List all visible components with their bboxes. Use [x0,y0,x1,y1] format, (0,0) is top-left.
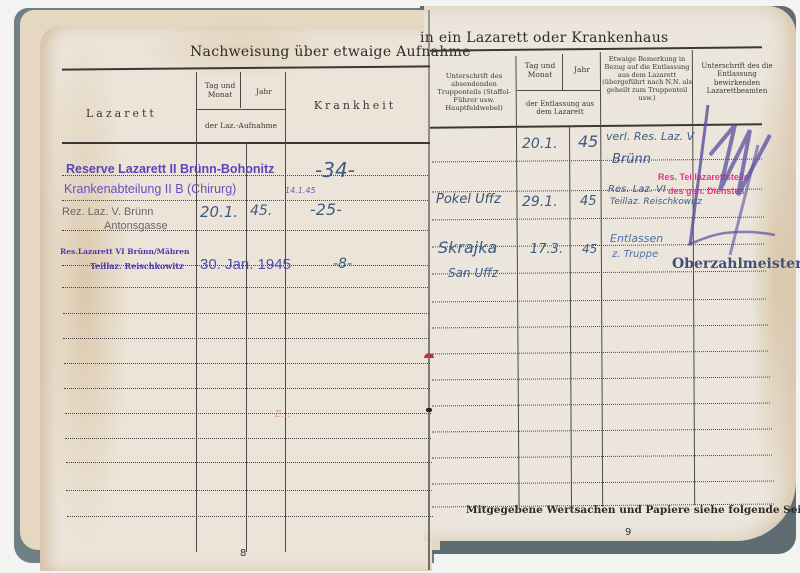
remark-to-unit: z. Truppe [612,249,658,260]
row-line [67,516,433,517]
subheader-rule [196,109,285,110]
header-jahr: Jahr [244,88,284,97]
header-tag-monat: Tag und Monat [518,62,562,80]
row-line [64,363,430,364]
stamp-reserve-lazarett: Reserve Lazarett II Brünn-Bohonitz [66,162,274,176]
binding-staple [426,408,432,412]
header-entlassung: der Entlassung aus dem Lazarett [519,100,601,117]
stamp-antonsgasse: Antonsgasse [104,220,168,232]
header-aufnahme: der Laz.-Aufnahme [198,122,284,131]
official-signature-icon [680,95,780,265]
column-divider [285,72,286,552]
row-line [64,388,430,389]
sender-signature: Pokel Uffz [436,192,501,207]
row-line [65,413,431,414]
admission-year: 45. [250,203,272,219]
header-krankheit: Krankheit [300,100,410,113]
row-line [62,200,428,201]
subheader-rule [517,90,601,91]
header-unterschrift-beamten: Unterschrift des die Entlassung bewirken… [696,62,778,95]
discharge-day-month: 20.1. [522,136,558,152]
page-number-right: 9 [625,527,631,538]
stamp-krankenabteilung: Krankenabteilung II B (Chirurg) [64,182,236,196]
page-title-right: in ein Lazarett oder Krankenhaus [420,30,669,46]
sender-signature: Skrajka [438,238,497,257]
remark-discharged: Entlassen [610,232,663,245]
handwritten-admission-date: 14.1.45 [285,186,316,195]
discharge-day-month: 29.1. [522,194,558,210]
book-spine-fold [428,10,430,570]
stamp-res-lazarett-vi: Res.Lazarett VI Brünn/Mähren [60,247,189,256]
diagnosis-code: -25- [310,200,342,219]
discharge-day-month: 17.3. [530,242,563,257]
page-title-left: Nachweisung über etwaige Aufnahme [190,44,471,60]
row-line [66,462,432,463]
row-line [63,338,429,339]
header-unterschrift-truppenteil: Unterschrift des absendenden Truppenteil… [432,72,516,112]
column-divider [196,72,197,552]
header-tag-monat: Tag und Monat [200,82,240,100]
remark-city: Brünn [612,152,651,167]
admission-day-month: 20.1. [200,203,238,221]
discharge-year: 45 [580,194,597,209]
row-line [66,490,432,491]
diagnosis-code: -8- [333,256,352,272]
page-number-left: 8 [240,548,246,559]
footer-note: Mitgegebene Wertsachen und Papiere siehe… [466,504,800,516]
row-line [62,287,428,288]
stamp-teillazarett: Teillaz. Reischkowitz [90,261,184,271]
header-bemerkung: Etwaige Bemerkung in Bezug auf die Entla… [602,56,692,103]
column-divider [240,72,241,108]
header-lazarett: Lazarett [86,108,157,121]
faint-pink-marks: E... [275,410,290,420]
diagnosis-code: -34- [315,158,355,182]
row-line [65,438,431,439]
sender-rank: San Uffz [448,266,498,280]
discharge-year: 45 [578,132,598,151]
remark-res-laz: Res. Laz. VI [608,184,666,195]
header-jahr: Jahr [563,66,601,75]
discharge-year: 45 [582,242,597,256]
row-line [63,313,429,314]
admission-date-stamp: 30. Jan. 1945 [200,256,291,273]
stamp-rez-lazarett: Rez. Laz. V. Brünn [62,206,153,218]
